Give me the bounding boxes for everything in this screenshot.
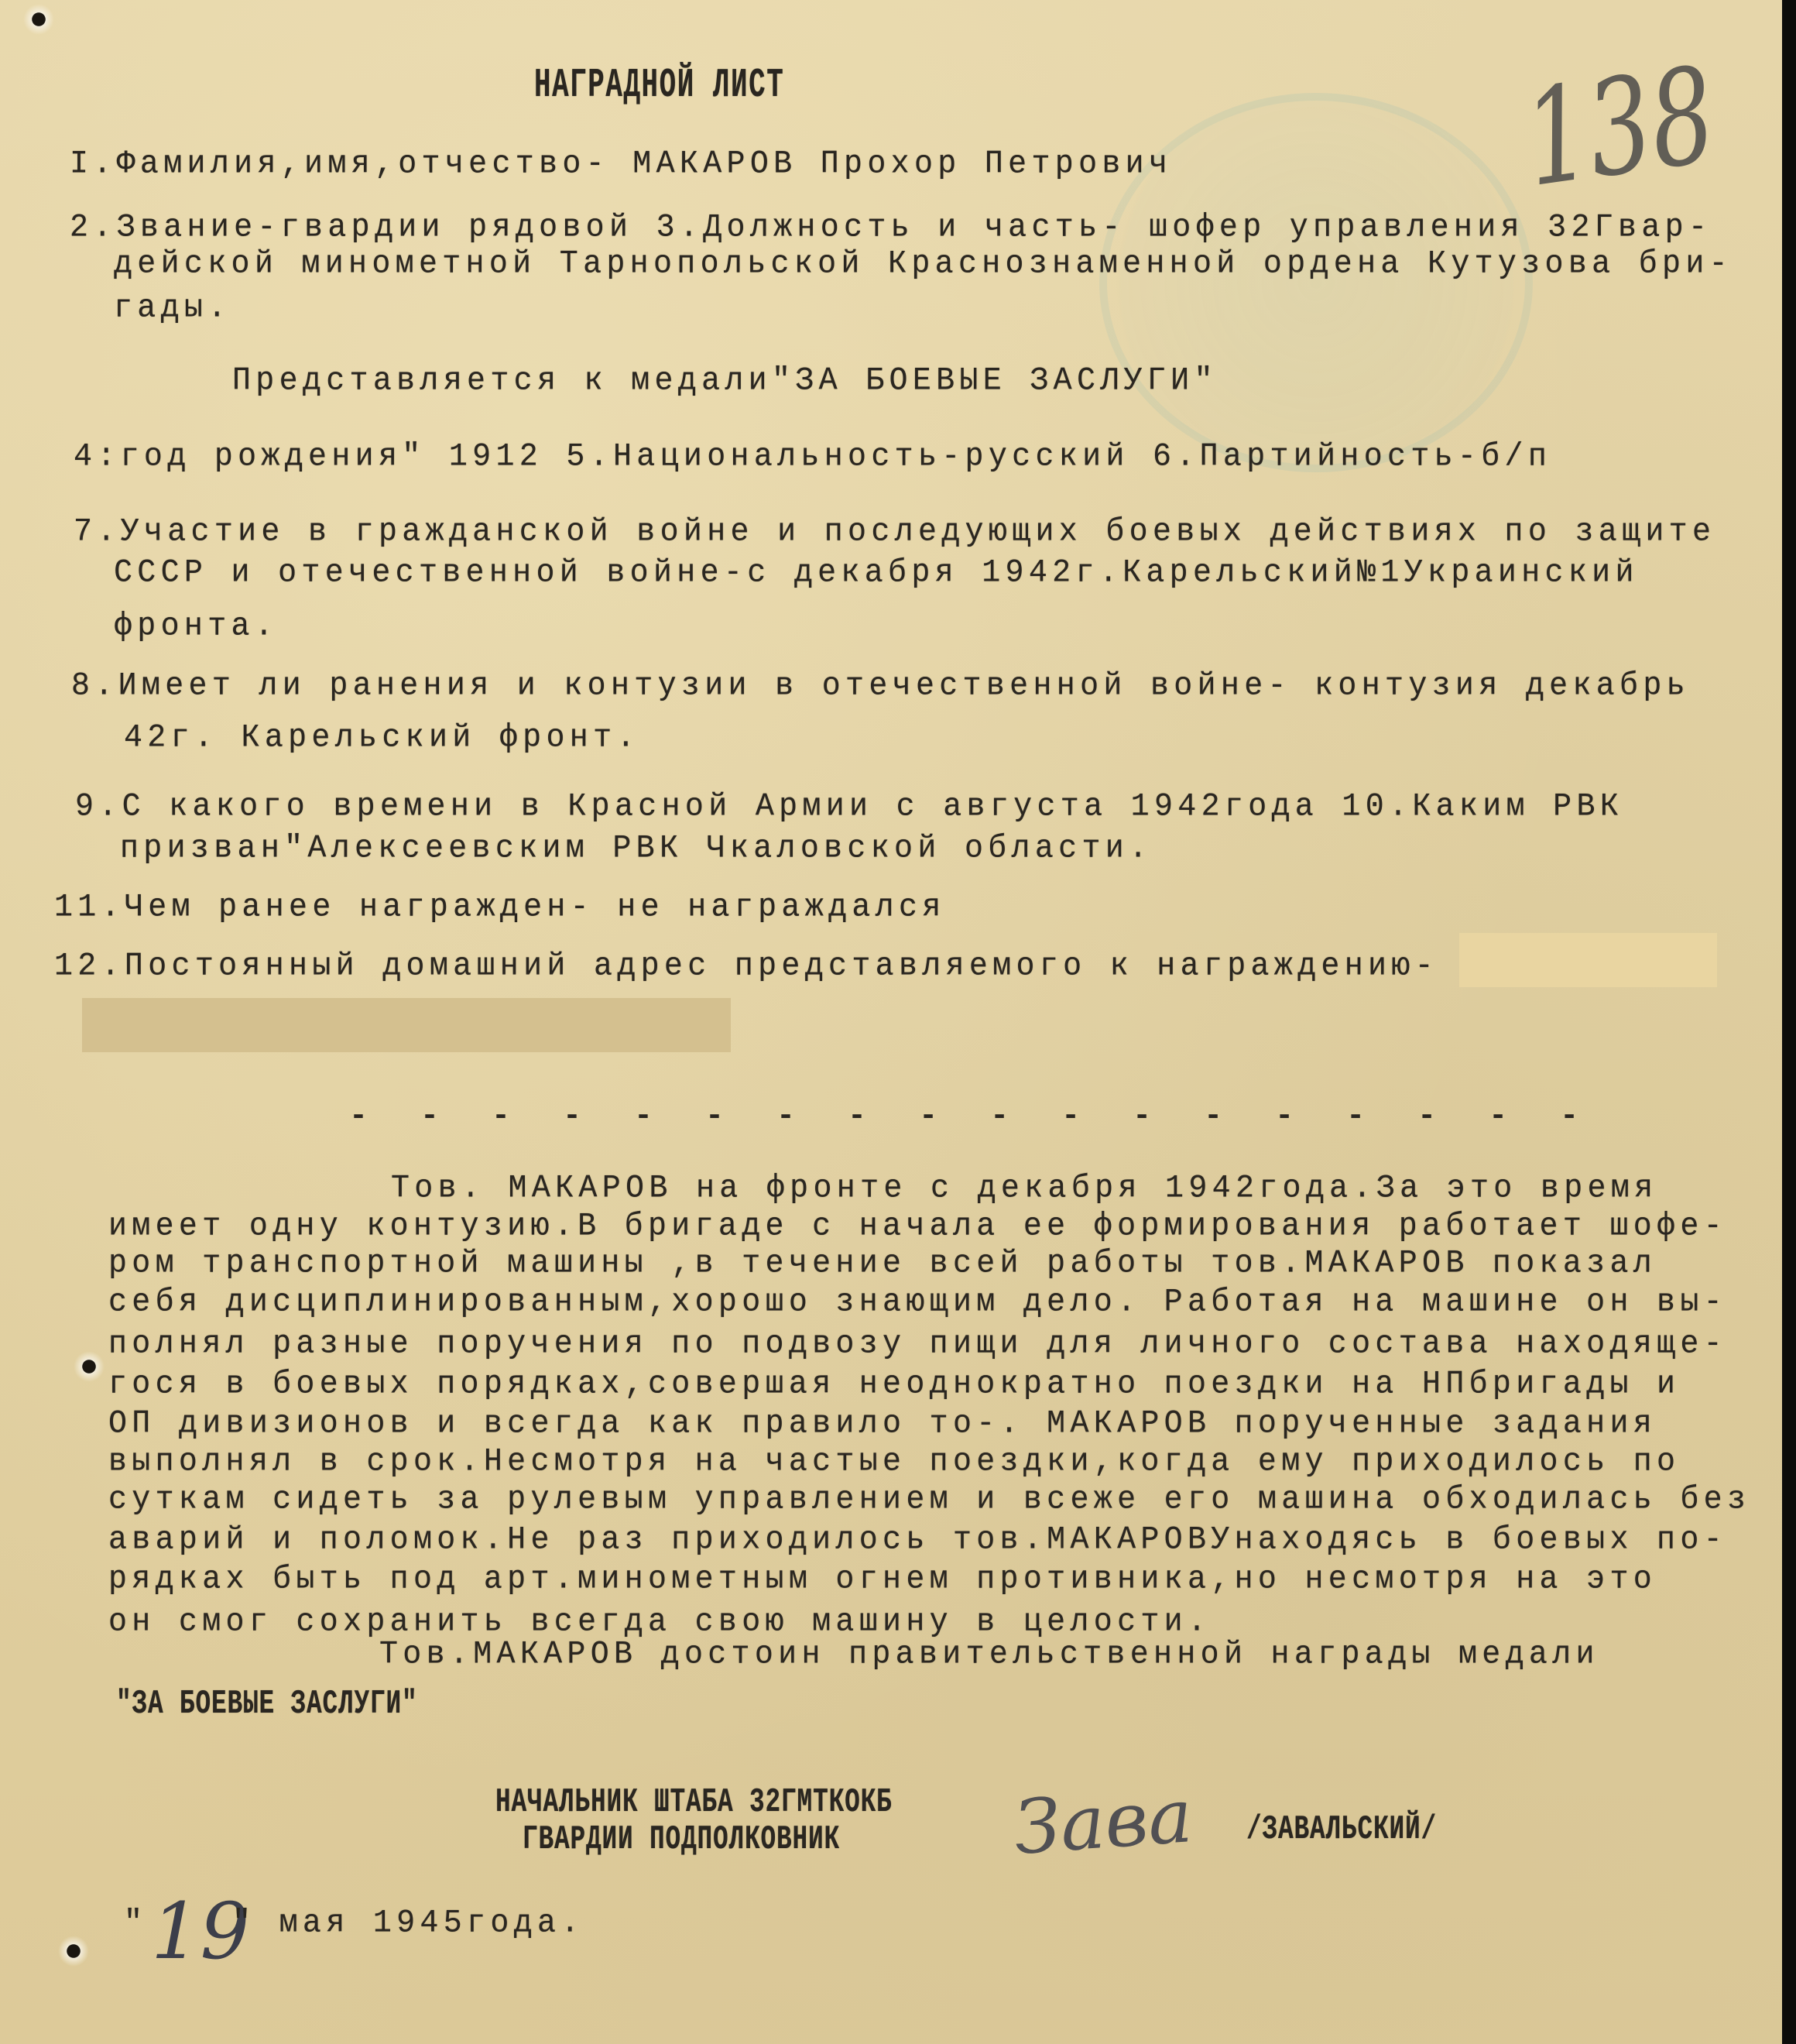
narrative-line: Тов. МАКАРОВ на фронте с декабря 1942год… (391, 1171, 1657, 1207)
narrative-line: Тов.МАКАРОВ достоин правительственной на… (379, 1638, 1599, 1673)
separator-dashes: - - - - - - - - - - - - - - - - - - (349, 1099, 1595, 1134)
narrative-line: гося в боевых порядках,совершая неоднокр… (108, 1367, 1680, 1403)
handwritten-archive-number: 138 (1517, 50, 1722, 206)
date-open-quote: " (124, 1906, 147, 1942)
narrative-line: себя дисциплинированным,хорошо знающим д… (108, 1285, 1727, 1321)
item-2-rank-line-2: дейской минометной Тарнопольской Красноз… (114, 247, 1733, 283)
item-7-line-3: фронта. (114, 609, 278, 645)
item-9-10-line-2: призван"Алексеевским РВК Чкаловской обла… (120, 832, 1152, 867)
item-8-line-2: 42г. Карельский фронт. (124, 721, 640, 756)
narrative-line: рядках быть под арт.минометным огнем про… (108, 1562, 1657, 1598)
redaction-box-address-2 (82, 998, 731, 1052)
item-7-line-1: 7.Участие в гражданской войне и последую… (74, 515, 1715, 550)
narrative-line: полнял разные поручения по подвозу пищи … (108, 1327, 1727, 1363)
item-2-rank-line-3: гады. (114, 291, 231, 327)
narrative-medal-name: "ЗА БОЕВЫЕ ЗАСЛУГИ" (116, 1686, 418, 1723)
narrative-line: имеет одну контузию.В бригаде с начала е… (108, 1209, 1727, 1245)
signatory-name: /ЗАВАЛЬСКИЙ/ (1246, 1812, 1437, 1849)
scan-border (1782, 0, 1796, 2044)
date-month-year: " мая 1945года. (232, 1906, 584, 1942)
nomination-line: Представляется к медали"ЗА БОЕВЫЕ ЗАСЛУГ… (232, 364, 1218, 400)
handwritten-signature: Зава (1012, 1778, 1194, 1865)
narrative-line: выполнял в срок.Несмотря на частые поезд… (108, 1445, 1680, 1480)
narrative-line: ОП дивизионов и всегда как правило то-. … (108, 1407, 1657, 1442)
item-8-line-1: 8.Имеет ли ранения и контузии в отечеств… (71, 669, 1690, 705)
item-2-rank-line-1: 2.Звание-гвардии рядовой 3.Должность и ч… (70, 211, 1712, 246)
document-title: НАГРАДНОЙ ЛИСТ (534, 66, 784, 105)
signature-title-line-1: НАЧАЛЬНИК ШТАБА 32ГМТКОКБ (495, 1785, 893, 1822)
narrative-line: ром транспортной машины ,в течение всей … (108, 1247, 1657, 1282)
redaction-box-address-1 (1459, 933, 1717, 987)
narrative-line: аварий и поломок.Не раз приходилось тов.… (108, 1523, 1727, 1559)
punch-hole-middle (74, 1351, 105, 1382)
item-11-awards: 11.Чем ранее награжден- не награждался (54, 890, 946, 926)
item-4-6-birth-nationality-party: 4:год рождения" 1912 5.Национальность-ру… (74, 440, 1551, 475)
punch-hole-top (23, 4, 54, 35)
narrative-line: он смог сохранить всегда свою машину в ц… (108, 1605, 1211, 1641)
item-7-line-2: СССР и отечественной войне-с декабря 194… (114, 556, 1639, 592)
item-1-name: I.Фамилия,имя,отчество- МАКАРОВ Прохор П… (70, 147, 1172, 183)
punch-hole-bottom (58, 1936, 89, 1967)
item-9-10-line-1: 9.С какого времени в Красной Армии с авг… (75, 790, 1623, 825)
item-12-address: 12.Постоянный домашний адрес представляе… (54, 949, 1438, 985)
signature-title-line-2: ГВАРДИИ ПОДПОЛКОВНИК (523, 1822, 840, 1859)
narrative-line: суткам сидеть за рулевым управлением и в… (108, 1483, 1750, 1518)
